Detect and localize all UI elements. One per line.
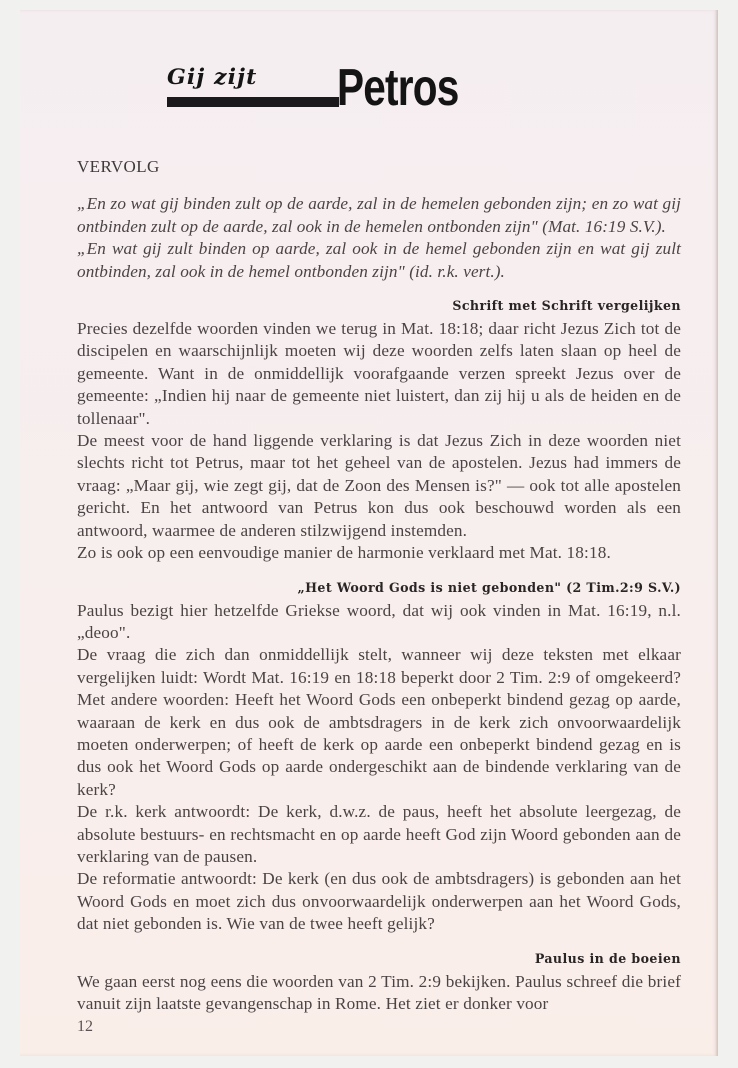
paragraph: De r.k. kerk antwoordt: De kerk, d.w.z. … [77,801,681,868]
headline-kicker: Gij zijt [167,64,257,89]
headline-rule [167,97,339,107]
magazine-page: Gij zijt Petros VERVOLG „En zo wat gij b… [20,10,718,1056]
section-heading-paulus: Paulus in de boeien [77,950,681,968]
paragraph: De meest voor de hand liggende verklarin… [77,430,681,542]
page-number: 12 [77,1016,681,1038]
headline-title: Petros [337,62,459,114]
page-edge-shadow [715,10,718,1056]
paragraph: We gaan eerst nog eens die woorden van 2… [77,971,681,1016]
continuation-label: VERVOLG [77,156,681,178]
scripture-quote-sv: „En zo wat gij binden zult op de aarde, … [77,193,681,238]
section-heading-schrift: Schrift met Schrift vergelijken [77,297,681,315]
paragraph: Precies dezelfde woorden vinden we terug… [77,318,681,430]
paragraph: De vraag die zich dan onmiddellijk stelt… [77,644,681,801]
paragraph: Zo is ook op een eenvoudige manier de ha… [77,542,681,564]
section-heading-woord-gods: „Het Woord Gods is niet gebonden" (2 Tim… [77,579,681,597]
paragraph: Paulus bezigt hier hetzelfde Griekse woo… [77,600,681,645]
paragraph: De reformatie antwoordt: De kerk (en dus… [77,868,681,935]
scripture-quote-rk: „En wat gij zult binden op aarde, zal oo… [77,238,681,283]
article-body: VERVOLG „En zo wat gij binden zult op de… [77,156,681,1039]
masthead: Gij zijt Petros [167,64,507,124]
